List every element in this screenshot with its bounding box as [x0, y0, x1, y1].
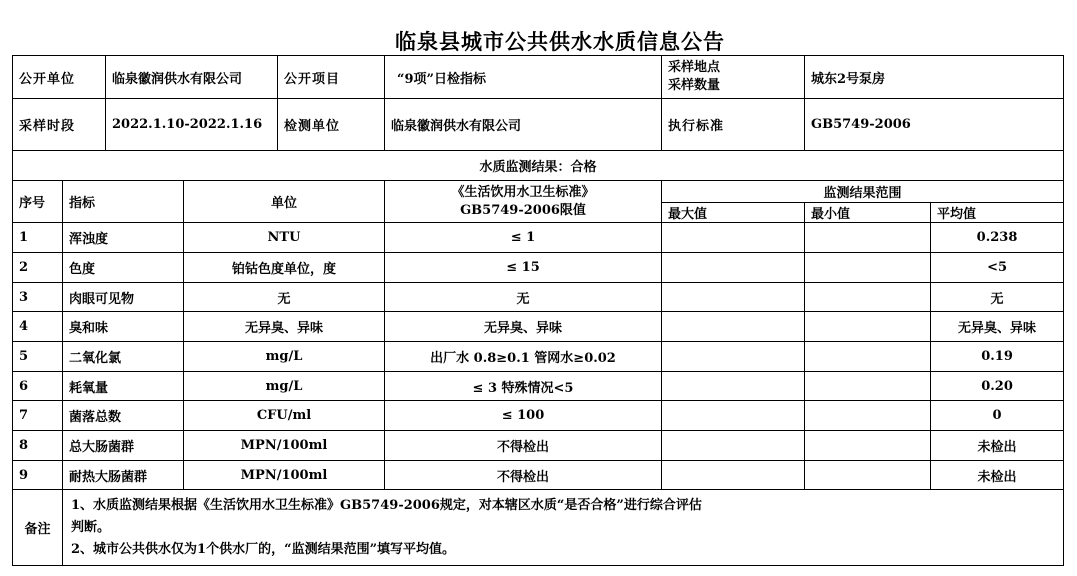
header-min: 最小值: [805, 203, 931, 223]
row-limit: ≤ 100: [385, 401, 662, 431]
row-unit: MPN/100ml: [184, 461, 385, 490]
row-indicator: 浑浊度: [63, 223, 184, 253]
row-unit: mg/L: [184, 372, 385, 401]
lab-label: 检测单位: [278, 99, 385, 151]
header-unit: 单位: [184, 181, 385, 223]
row-unit: 铂钴色度单位，度: [184, 253, 385, 283]
row-limit: 无异臭、异味: [385, 312, 662, 342]
row-max: [662, 223, 805, 253]
row-indicator: 色度: [63, 253, 184, 283]
note-line-2: 判断。: [71, 517, 1055, 539]
row-limit: 无: [385, 283, 662, 312]
row-max: [662, 283, 805, 312]
row-indicator: 肉眼可见物: [63, 283, 184, 312]
header-seq: 序号: [13, 181, 63, 223]
row-seq: 5: [13, 342, 63, 372]
row-avg: 未检出: [931, 461, 1064, 490]
row-unit: 无: [184, 283, 385, 312]
row-min: [805, 342, 931, 372]
header-max: 最大值: [662, 203, 805, 223]
row-max: [662, 312, 805, 342]
row-avg: 无: [931, 283, 1064, 312]
row-min: [805, 431, 931, 461]
site-label: 采样地点 采样数量: [662, 56, 805, 99]
row-unit: CFU/ml: [184, 401, 385, 431]
site-label-line2: 采样数量: [668, 77, 798, 95]
row-unit: mg/L: [184, 342, 385, 372]
row-seq: 7: [13, 401, 63, 431]
row-min: [805, 461, 931, 490]
row-limit: 出厂水 0.8≥0.1 管网水≥0.02: [385, 342, 662, 372]
note-line-3: 2、城市公共供水仅为1个供水厂的，“监测结果范围”填写平均值。: [71, 539, 1055, 561]
row-min: [805, 253, 931, 283]
notes-label: 备注: [13, 490, 63, 566]
standard-value: GB5749-2006: [805, 99, 1064, 151]
row-limit: ≤ 3 特殊情况<5: [385, 372, 662, 401]
row-min: [805, 401, 931, 431]
row-avg: 0.19: [931, 342, 1064, 372]
row-seq: 6: [13, 372, 63, 401]
row-indicator: 二氧化氯: [63, 342, 184, 372]
table-row: 4 臭和味 无异臭、异味 无异臭、异味 无异臭、异味: [13, 312, 1064, 342]
item-label: 公开项目: [278, 56, 385, 99]
site-value: 城东2号泵房: [805, 56, 1064, 99]
row-max: [662, 401, 805, 431]
row-indicator: 耐热大肠菌群: [63, 461, 184, 490]
row-min: [805, 283, 931, 312]
row-unit: 无异臭、异味: [184, 312, 385, 342]
item-value: “9项”日检指标: [385, 56, 662, 99]
row-limit: 不得检出: [385, 461, 662, 490]
row-max: [662, 431, 805, 461]
row-max: [662, 372, 805, 401]
header-range: 监测结果范围: [662, 181, 1064, 203]
header-limit-line2: GB5749-2006限值: [391, 202, 655, 220]
result-banner: 水质监测结果：合格: [13, 151, 1064, 181]
header-limit-line1: 《生活饮用水卫生标准》: [391, 184, 655, 202]
row-max: [662, 461, 805, 490]
row-max: [662, 253, 805, 283]
row-limit: ≤ 1: [385, 223, 662, 253]
table-row: 7 菌落总数 CFU/ml ≤ 100 0: [13, 401, 1064, 431]
row-limit: ≤ 15: [385, 253, 662, 283]
row-seq: 2: [13, 253, 63, 283]
header-avg: 平均值: [931, 203, 1064, 223]
period-value: 2022.1.10-2022.1.16: [106, 99, 278, 151]
row-max: [662, 342, 805, 372]
header-indicator: 指标: [63, 181, 184, 223]
table-row: 2 色度 铂钴色度单位，度 ≤ 15 <5: [13, 253, 1064, 283]
row-seq: 8: [13, 431, 63, 461]
row-avg: 0.238: [931, 223, 1064, 253]
publisher-value: 临泉徽润供水有限公司: [106, 56, 278, 99]
results-table: 水质监测结果：合格 序号 指标 单位 《生活饮用水卫生标准》 GB5749-20…: [12, 150, 1064, 566]
table-row: 8 总大肠菌群 MPN/100ml 不得检出 未检出: [13, 431, 1064, 461]
standard-label: 执行标准: [662, 99, 805, 151]
row-avg: 无异臭、异味: [931, 312, 1064, 342]
period-label: 采样时段: [13, 99, 106, 151]
row-avg: 未检出: [931, 431, 1064, 461]
publisher-label: 公开单位: [13, 56, 106, 99]
table-row: 1 浑浊度 NTU ≤ 1 0.238: [13, 223, 1064, 253]
row-seq: 1: [13, 223, 63, 253]
page-title: 临泉县城市公共供水水质信息公告: [0, 26, 1077, 56]
row-seq: 9: [13, 461, 63, 490]
table-row: 3 肉眼可见物 无 无 无: [13, 283, 1064, 312]
table-row: 5 二氧化氯 mg/L 出厂水 0.8≥0.1 管网水≥0.02 0.19: [13, 342, 1064, 372]
row-avg: <5: [931, 253, 1064, 283]
table-row: 9 耐热大肠菌群 MPN/100ml 不得检出 未检出: [13, 461, 1064, 490]
row-limit: 不得检出: [385, 431, 662, 461]
row-seq: 3: [13, 283, 63, 312]
row-indicator: 总大肠菌群: [63, 431, 184, 461]
row-unit: MPN/100ml: [184, 431, 385, 461]
row-indicator: 菌落总数: [63, 401, 184, 431]
row-min: [805, 312, 931, 342]
row-min: [805, 223, 931, 253]
row-indicator: 耗氧量: [63, 372, 184, 401]
row-unit: NTU: [184, 223, 385, 253]
header-limit: 《生活饮用水卫生标准》 GB5749-2006限值: [385, 181, 662, 223]
info-table: 公开单位 临泉徽润供水有限公司 公开项目 “9项”日检指标 采样地点 采样数量 …: [12, 55, 1064, 151]
row-indicator: 臭和味: [63, 312, 184, 342]
row-avg: 0: [931, 401, 1064, 431]
row-seq: 4: [13, 312, 63, 342]
site-label-line1: 采样地点: [668, 59, 798, 77]
row-min: [805, 372, 931, 401]
row-avg: 0.20: [931, 372, 1064, 401]
note-line-1: 1、水质监测结果根据《生活饮用水卫生标准》GB5749-2006规定，对本辖区水…: [71, 495, 1055, 517]
lab-value: 临泉徽润供水有限公司: [385, 99, 662, 151]
table-row: 6 耗氧量 mg/L ≤ 3 特殊情况<5 0.20: [13, 372, 1064, 401]
notes-content: 1、水质监测结果根据《生活饮用水卫生标准》GB5749-2006规定，对本辖区水…: [63, 490, 1064, 566]
